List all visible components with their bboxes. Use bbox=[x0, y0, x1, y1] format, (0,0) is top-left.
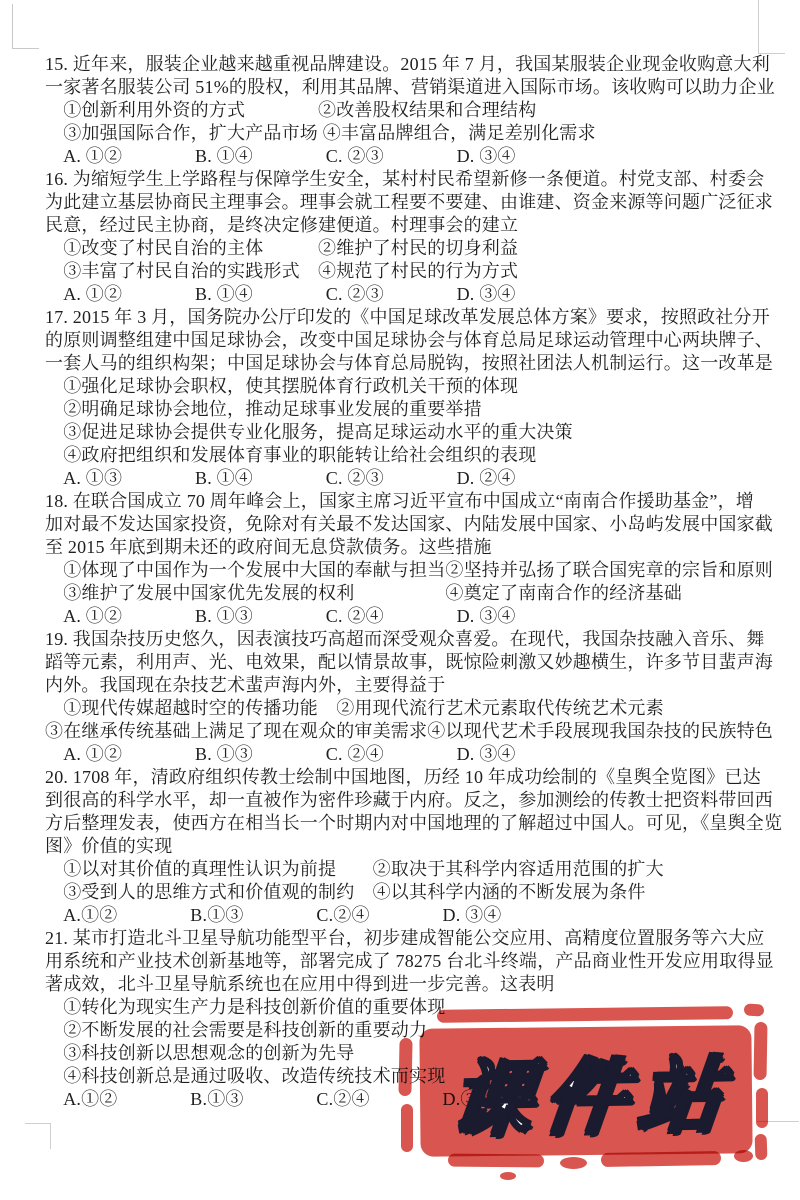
question-16-line: 为此建立基层协商民主理事会。理事会就工程要不要建、由谁建、资金来源等问题广泛征求 bbox=[45, 191, 765, 214]
question-19-line: 内外。我国现在杂技艺术蜚声海内外，主要得益于 bbox=[45, 674, 765, 697]
question-16-line: 民意，经过民主协商，是终决定修建便道。村理事会的建立 bbox=[45, 214, 765, 237]
stamp-border-dot-1 bbox=[560, 1157, 587, 1169]
question-20-line: 20. 1708 年，清政府组织传教士绘制中国地图，历经 10 年成功绘制的《皇… bbox=[45, 766, 765, 789]
question-20-line: ①以对其价值的真理性认识为前提 ②取决于其科学内容适用范围的扩大 bbox=[45, 858, 765, 881]
corner-mark-bottom-right bbox=[757, 1121, 799, 1122]
question-21-line: ③科技创新以思想观念的创新为先导 bbox=[45, 1042, 765, 1065]
question-19-line: ①现代传媒超越时空的传播功能 ②用现代流行艺术元素取代传统艺术元素 bbox=[45, 697, 765, 720]
question-19-line: 19. 我国杂技历史悠久，因表演技巧高超而深受观众喜爱。在现代，我国杂技融入音乐… bbox=[45, 628, 765, 651]
stamp-border-bottom-2 bbox=[601, 1151, 721, 1167]
question-17-line: ③促进足球协会提供专业化服务，提高足球运动水平的重大决策 bbox=[45, 421, 765, 444]
question-15-line: 一家著名服装公司 51%的股权，利用其品牌、营销渠道进入国际市场。该收购可以助力… bbox=[45, 76, 765, 99]
question-21-line: ②不断发展的社会需要是科技创新的重要动力 bbox=[45, 1019, 765, 1042]
question-20-line: ③受到人的思维方式和价值观的制约 ④以其科学内涵的不断发展为条件 bbox=[45, 881, 765, 904]
stamp-border-dot-3 bbox=[500, 1172, 516, 1180]
corner-mark-top-left bbox=[12, 4, 39, 49]
question-18-line: 加对最不发达国家投资，免除对有关最不发达国家、内陆发展中国家、小岛屿发展中国家截 bbox=[45, 513, 765, 536]
question-16-line: 16. 为缩短学生上学路程与保障学生安全，某村村民希望新修一条便道。村党支部、村… bbox=[45, 168, 765, 191]
question-17-line: 的原则调整组建中国足球协会，改变中国足球协会与体育总局足球运动管理中心两块牌子、 bbox=[45, 329, 765, 352]
question-16-line: ③丰富了村民自治的实践形式 ④规范了村民的行为方式 bbox=[45, 260, 765, 283]
question-15-line: ①创新利用外资的方式 ②改善股权结果和合理结构 bbox=[45, 99, 765, 122]
question-17-line: ④政府把组织和发展体育事业的职能转让给社会组织的表现 bbox=[45, 444, 765, 467]
question-15-line: 15. 近年来，服装企业越来越重视品牌建设。2015 年 7 月，我国某服装企业… bbox=[45, 53, 765, 76]
corner-mark-bottom-left bbox=[25, 1123, 51, 1149]
question-21-line: ④科技创新总是通过吸收、改造传统技术而实现 bbox=[45, 1065, 765, 1088]
stamp-border-left-2 bbox=[401, 1104, 413, 1152]
question-21-line: A.①② B.①③ C.②④ D.③④ bbox=[45, 1088, 765, 1111]
question-16-line: ①改变了村民自治的主体 ②维护了村民的切身利益 bbox=[45, 237, 765, 260]
question-19-line: 蹈等元素，利用声、光、电效果，配以情景故事，既惊险刺激又妙趣横生，许多节目蜚声海 bbox=[45, 651, 765, 674]
stamp-border-dot-2 bbox=[734, 1150, 753, 1162]
question-16-line: A. ①② B. ①④ C. ②③ D. ③④ bbox=[45, 283, 765, 306]
question-20-line: A.①② B.①③ C.②④ D. ③④ bbox=[45, 904, 765, 927]
question-17-line: 一套人马的组织构架；中国足球协会与体育总局脱钩，按照社团法人机制运行。这一改革是 bbox=[45, 352, 765, 375]
question-17-line: 17. 2015 年 3 月，国务院办公厅印发的《中国足球改革发展总体方案》要求… bbox=[45, 306, 765, 329]
question-15-line: ③加强国际合作，扩大产品市场 ④丰富品牌组合，满足差别化需求 bbox=[45, 122, 765, 145]
question-19-line: A. ①② B. ①③ C. ②④ D. ③④ bbox=[45, 743, 765, 766]
stamp-border-bottom-1 bbox=[448, 1153, 544, 1167]
question-19-line: ③在继承传统基础上满足了现在观众的审美需求④以现代艺术手段展现我国杂技的民族特色 bbox=[45, 720, 765, 743]
question-17-line: ②明确足球协会地位，推动足球事业发展的重要举措 bbox=[45, 398, 765, 421]
question-18-line: A. ①② B. ①③ C. ②④ D. ③④ bbox=[45, 605, 765, 628]
question-15-line: A. ①② B. ①④ C. ②③ D. ③④ bbox=[45, 145, 765, 168]
question-18-line: ③维护了发展中国家优先发展的权利 ④奠定了南南合作的经济基础 bbox=[45, 582, 765, 605]
question-list: 15. 近年来，服装企业越来越重视品牌建设。2015 年 7 月，我国某服装企业… bbox=[45, 53, 765, 1111]
stamp-border-right-3 bbox=[755, 1134, 768, 1160]
question-21-line: 著成效，北斗卫星导航系统也在应用中得到进一步完善。这表明 bbox=[45, 973, 765, 996]
corner-mark-top-right bbox=[758, 0, 785, 54]
question-20-line: 图》价值的实现 bbox=[45, 835, 765, 858]
question-21-line: ①转化为现实生产力是科技创新价值的重要体现 bbox=[45, 996, 765, 1019]
exam-page: 15. 近年来，服装企业越来越重视品牌建设。2015 年 7 月，我国某服装企业… bbox=[0, 0, 800, 1200]
question-20-line: 方后整理发表，使西方在相当长一个时期内对中国地理的了解超过中国人。可见，《皇舆全… bbox=[45, 812, 765, 835]
question-20-line: 到很高的科学水平，却一直被作为密件珍藏于内府。反之，参加测绘的传教士把资料带回西 bbox=[45, 789, 765, 812]
question-21-line: 21. 某市打造北斗卫星导航功能型平台，初步建成智能公交应用、高精度位置服务等六… bbox=[45, 927, 765, 950]
question-18-line: ①体现了中国作为一个发展中大国的奉献与担当②坚持并弘扬了联合国宪章的宗旨和原则 bbox=[45, 559, 765, 582]
question-21-line: 用系统和产业技术创新基地等，部署完成了 78275 台北斗终端，产品商业性开发应… bbox=[45, 950, 765, 973]
question-17-line: A. ①③ B. ①④ C. ②③ D. ②④ bbox=[45, 467, 765, 490]
question-18-line: 至 2015 年底到期未还的政府间无息贷款债务。这些措施 bbox=[45, 536, 765, 559]
question-18-line: 18. 在联合国成立 70 周年峰会上，国家主席习近平宣布中国成立“南南合作援助… bbox=[45, 490, 765, 513]
question-17-line: ①强化足球协会职权，使其摆脱体育行政机关干预的体现 bbox=[45, 375, 765, 398]
